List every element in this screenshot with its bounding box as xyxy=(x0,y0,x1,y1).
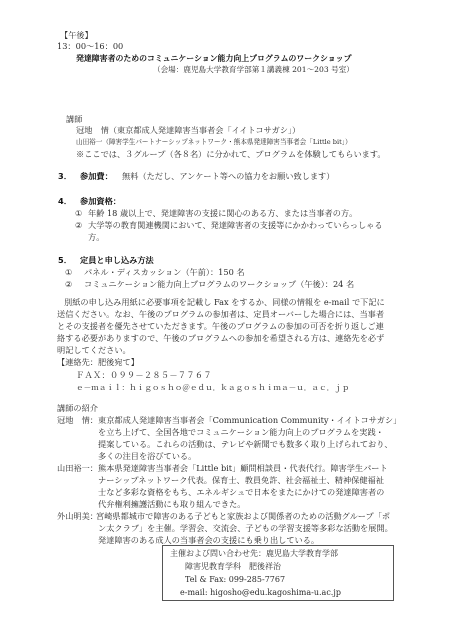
session-venue: （会場：鹿児島大学教育学部第１講義棟 201～203 号室） xyxy=(153,64,354,75)
list-mark: ① xyxy=(65,267,72,278)
lecturer-item: 冠地 情（東京都成人発達障害当事者会「イイトコサガシ」） xyxy=(76,125,300,136)
lecturers-heading: 講師 xyxy=(66,114,82,125)
contact-heading: 【連絡先：肥後宛て】 xyxy=(57,357,139,368)
capacity-item: コミュニケーション能力向上プログラムのワークショップ（午後）：24 名 xyxy=(84,279,354,290)
profile-name: 山田裕一： xyxy=(57,463,98,474)
profile-line: 士など多彩な資格をもち、エネルギシュで日本をまたにかけての発達障害者の xyxy=(98,487,384,498)
application-line: 絡する必要がありますので、午後のプログラムへの参加を希望される方は、連絡先を必ず xyxy=(57,333,384,344)
fee-number: 3． xyxy=(58,171,72,182)
eligibility-item: 年齢 18 歳以上で、発達障害の支援に関心のある方、または当事者の方。 xyxy=(88,208,357,219)
lecturer-item: 山田裕一（障害学生パートナーシップネットワーク・熊本県発達障害当事者会「Litt… xyxy=(76,137,352,148)
contact-email: ｅ－ｍａｉｌ：ｈｉｇｏｓｈｏ＠ｅｄｕ．ｋａｇｏｓｈｉｍａ－ｕ．ａｃ．ｊｐ xyxy=(76,382,349,393)
profile-line: ン太クラブ」を主催。学習会、交流会、子どもの学習支援等多彩な活動を展開。 xyxy=(98,523,393,534)
contact-box-organizer: 主催および問い合わせ先：鹿児島大学教育学部 xyxy=(170,548,338,559)
eligibility-item: 大学等の教育関連機関において、発達障害者の支援等にかかわっていらっしゃる xyxy=(88,220,383,231)
list-mark: ② xyxy=(75,220,82,231)
list-mark: ① xyxy=(75,208,82,219)
profile-line: 東京都成人発達障害当事者会「Communication Community・イイ… xyxy=(98,415,401,426)
application-line: 送信ください。なお、午後のプログラムの参加者は、定員オーバーした場合には、当事者 xyxy=(57,309,384,320)
session-title: 発達障害者のためのコミュニケーション能力向上プログラムのワークショップ xyxy=(76,53,351,64)
fee-value: 無料（ただし、アンケート等への協力をお願い致します） xyxy=(122,171,334,182)
profile-name: 冠地 情： xyxy=(57,415,98,426)
profile-line: ナーシップネットワーク代表。保育士、教員免許、社会福祉士、精神保健福祉 xyxy=(98,475,384,486)
list-mark: ② xyxy=(65,279,72,290)
lecturers-note: ※ここでは、３グループ（各８名）に分かれて、プログラムを体験してもらいます。 xyxy=(76,149,386,160)
capacity-item: パネル・ディスカッション（午前）：150 名 xyxy=(84,267,245,278)
capacity-label: 定員と申し込み方法 xyxy=(80,255,154,266)
contact-box: 主催および問い合わせ先：鹿児島大学教育学部 障害児教育学科 肥後祥治 Tel &… xyxy=(162,545,394,601)
document-page: 【午後】 13：00～16：00 発達障害者のためのコミュニケーション能力向上プ… xyxy=(0,0,452,640)
session-time: 13：00～16：00 xyxy=(57,41,123,52)
profiles-heading: 講師の紹介 xyxy=(57,403,98,414)
application-line: とその支援者を優先させていただきます。午後のプログラムの参加の可否を折り返しご連 xyxy=(57,321,384,332)
application-line: 明記してください。 xyxy=(57,345,131,356)
profile-line: 宮崎県都城市で障害のある子どもと家族および関係者のための活動グループ「ポ xyxy=(96,511,390,522)
eligibility-number: 4． xyxy=(58,196,72,207)
profile-line: 熊本県発達障害当事者会「Little bit」顧問相談員・代表代行。障害学生パー… xyxy=(98,463,388,474)
contact-box-tel: Tel & Fax: 099-285-7767 xyxy=(185,574,285,585)
capacity-number: 5． xyxy=(58,255,72,266)
eligibility-item-cont: 方。 xyxy=(88,232,104,243)
profile-line: 提案している。これらの活動は、テレビや新聞でも数多く取り上げられており、 xyxy=(98,439,393,450)
profile-name: 外山明美： xyxy=(57,511,98,522)
contact-box-department: 障害児教育学科 肥後祥治 xyxy=(185,561,281,572)
fee-label: 参加費： xyxy=(80,171,113,182)
profile-line: 多くの注目を浴びている。 xyxy=(98,451,196,462)
eligibility-label: 参加資格： xyxy=(80,196,121,207)
profile-line: 代弁権利擁護活動にも取り組んできた。 xyxy=(98,499,245,510)
profile-line: を立ち上げて、全国各地でコミュニケーション能力向上のプログラムを実践・ xyxy=(98,427,384,438)
contact-box-email: e-mail: higosho@edu.kagoshima-u.ac.jp xyxy=(180,587,341,598)
application-line: 別紙の申し込み用紙に必要事項を記載し Fax をするか、同様の情報を e-mai… xyxy=(64,297,385,308)
session-label: 【午後】 xyxy=(60,30,93,41)
contact-fax: ＦＡＸ：０９９－２８５－７７６７ xyxy=(76,370,212,381)
